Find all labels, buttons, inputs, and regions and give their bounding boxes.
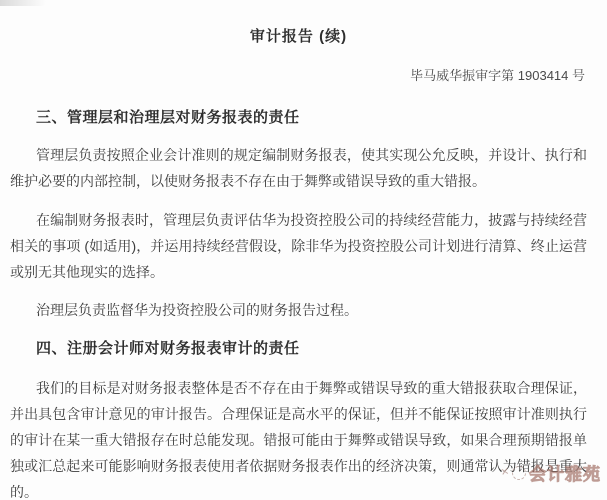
audit-report-page: 审计报告 (续) 毕马威华振审字第 1903414 号 三、管理层和治理层对财务…	[0, 0, 607, 500]
section-heading-auditor-responsibility: 四、注册会计师对财务报表审计的责任	[36, 339, 587, 359]
paragraph-auditor-objective: 我们的目标是对财务报表整体是否不存在由于舞弊或错误导致的重大错报获取合理保证，并…	[10, 375, 587, 500]
page-title: 审计报告 (续)	[10, 27, 587, 47]
scan-artifact	[0, 0, 46, 6]
paragraph-going-concern: 在编制财务报表时，管理层负责评估华为投资控股公司的持续经营能力，披露与持续经营相…	[10, 207, 587, 285]
paragraph-governance-oversight: 治理层负责监督华为投资控股公司的财务报告过程。	[10, 297, 587, 323]
document-number: 毕马威华振审字第 1903414 号	[10, 67, 587, 84]
section-heading-management-responsibility: 三、管理层和治理层对财务报表的责任	[36, 108, 587, 128]
paragraph-management-prepare: 管理层负责按照企业会计准则的规定编制财务报表，使其实现公允反映，并设计、执行和维…	[10, 142, 587, 194]
